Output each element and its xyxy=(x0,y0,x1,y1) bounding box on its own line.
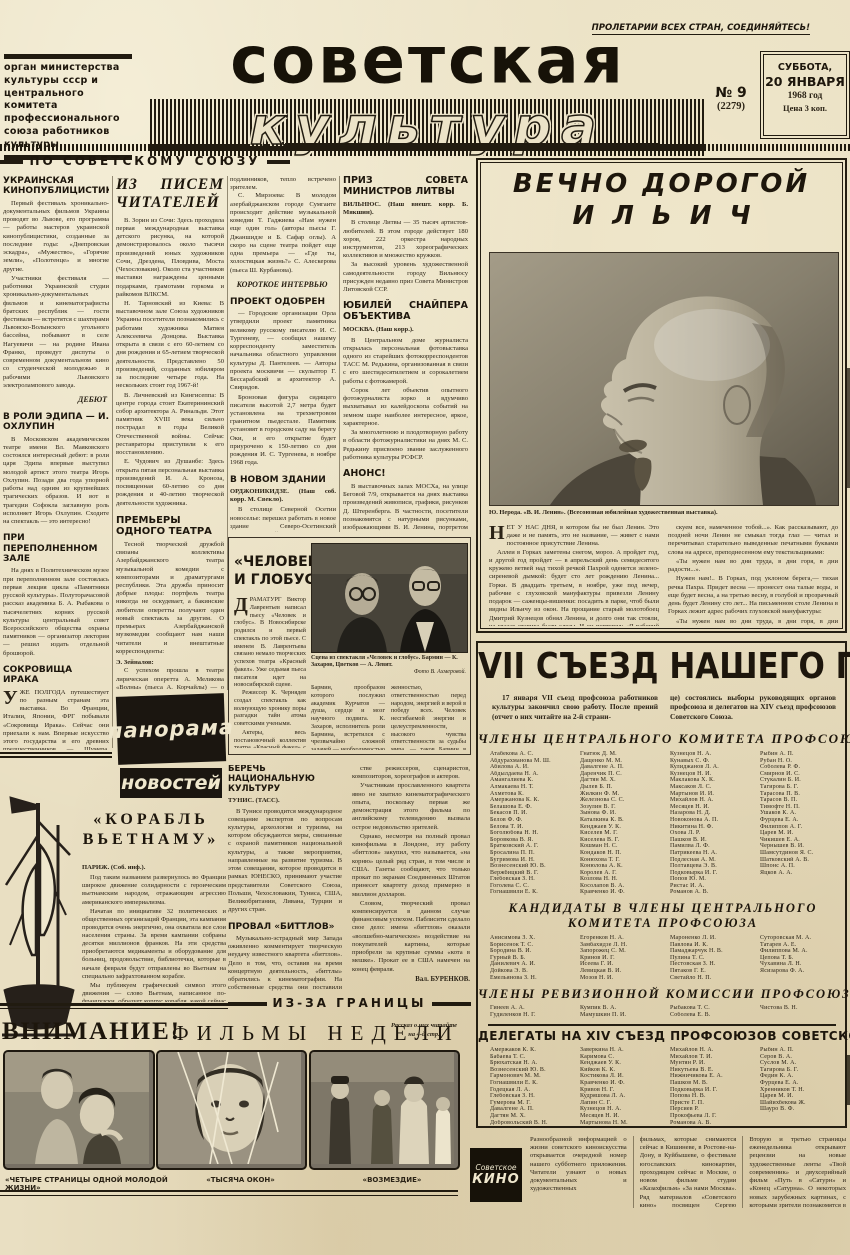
congress-headline: VII СЪЕЗД НАШЕГО ПРОФСОЮЗА xyxy=(478,647,845,686)
signature-burenkov: Вал. БУРЕНКОВ. xyxy=(352,976,470,984)
section-header-text: ПО СОВЕТСКОМУ СОЮЗУ xyxy=(29,155,260,168)
lenin-left-paras: Аллеи в Горках заметены снегом, мороз. А… xyxy=(489,549,659,626)
lenin-article-box: ВЕЧНО ДОРОГОЙ ИЛЬИЧ xyxy=(476,158,847,633)
chelovek-caption-text: Сцена из спектакля «Человек и глобус». Б… xyxy=(311,655,458,668)
headline-proval-bittlov: ПРОВАЛ «БИТТЛОВ» xyxy=(228,922,342,932)
masthead-rule-center xyxy=(285,143,660,151)
article-novom-body: В столице Северной Осетии новоселье: пер… xyxy=(230,506,336,532)
headline-iz-pisem: ИЗ ПИСЕМ ЧИТАТЕЛЕЙ xyxy=(116,176,224,212)
panorama-logo-block1: панорама xyxy=(116,693,226,765)
column-divider xyxy=(339,176,340,532)
article-edip-body: В Московском академическом театре имени … xyxy=(3,436,109,527)
headline-priz-soveta: ПРИЗ СОВЕТА МИНИСТРОВ ЛИТВЫ xyxy=(343,176,468,198)
korabl-body: Под таким названием развернулось во Фран… xyxy=(82,874,226,1002)
proval-left-body: Музыкально-эстрадный мир Запада оживленн… xyxy=(228,935,342,993)
kicker-korotkoe-intervyu: КОРОТКОЕ ИНТЕРВЬЮ xyxy=(230,280,334,290)
headline-premiery: ПРЕМЬЕРЫ ОДНОГО ТЕАТРА xyxy=(116,515,224,538)
revision-col-3: Рыбакова Т. С.Соболева Е. В. xyxy=(670,1005,756,1020)
korabl-top-rule xyxy=(0,752,112,758)
newspaper-page: ПРОЛЕТАРИИ ВСЕХ СТРАН, СОЕДИНЯЙТЕСЬ! орг… xyxy=(0,0,850,1255)
headline-perepolnennom: ПРИ ПЕРЕПОЛНЕННОМ ЗАЛЕ xyxy=(3,533,109,564)
section-header-bar-right xyxy=(267,160,290,164)
masthead-rule-left xyxy=(0,144,285,151)
masthead-rule-right xyxy=(660,144,850,151)
films-top-rule xyxy=(0,1003,228,1009)
column-3: подлинников, тепло встречено зрителем. С… xyxy=(230,176,336,532)
date-day: 20 ЯНВАРЯ xyxy=(764,75,846,89)
article-sokrovishcha-lead: УЖЕ ПОЛГОДА путешествует по разным стран… xyxy=(3,689,109,750)
revision-header: ЧЛЕНЫ РЕВИЗИОННОЙ КОМИССИИ ПРОФСОЮЗА xyxy=(478,987,845,1002)
dateline-ordzhonikidze: ОРДЖОНИКИДЗЕ. (Наш соб. корр. М. Свекло)… xyxy=(230,488,336,504)
revision-col-1: Гинеев А. А.Гудиленков Н. Г. xyxy=(490,1005,576,1020)
column-2: ИЗ ПИСЕМ ЧИТАТЕЛЕЙ В. Зорин из Сочи: Зде… xyxy=(116,176,224,690)
panorama-line2: новостей xyxy=(121,772,221,794)
kicker-debut: ДЕБЮТ xyxy=(3,395,107,405)
members-col-4: Рыбин А. П.Рубан Н. О.Соболева Р. Ф.Смир… xyxy=(760,751,846,897)
members-col-1: Атабекова А. С.Абдурахманова М. Ш.Абилов… xyxy=(490,751,576,897)
dateline-tunis: ТУНИС. (ТАСС). xyxy=(228,797,342,805)
lenin-headline-line1: ВЕЧНО ДОРОГОЙ xyxy=(478,170,845,199)
headline-sokrovishcha: СОКРОВИЩА ИРАКА xyxy=(3,665,109,686)
abroad-divider: ИЗ-ЗА ГРАНИЦЫ xyxy=(228,997,471,1010)
delegates-col-4: Рыбин А. П.Серов В. А.Суслов М. А.Тагиро… xyxy=(760,1047,846,1125)
delegates-header: ДЕЛЕГАТЫ НА XIV СЪЕЗД ПРОФСОЮЗОВ СОВЕТСК… xyxy=(478,1030,845,1043)
newspaper-title-word1: советская xyxy=(150,25,706,97)
delegates-col-2: Заверкина Н. А.Каримова С.Кенджаев У. К.… xyxy=(580,1047,666,1125)
film-caption-3: «ВОЗМЕЗДИЕ» xyxy=(332,1176,452,1184)
lenin-headline-line2: ИЛЬИЧ xyxy=(478,202,845,231)
films-attention: ВНИМАНИЕ! xyxy=(2,1018,181,1046)
play-scene-photo xyxy=(311,543,468,653)
abroad-divider-bar-left xyxy=(228,1002,267,1006)
lenin-right-paras: скуем все, намеченное тобой...». Как рас… xyxy=(668,524,838,626)
candidates-header: КАНДИДАТЫ В ЧЛЕНЫ ЦЕНТРАЛЬНОГО КОМИТЕТА … xyxy=(488,901,838,931)
issue-number-block: № 9 (2279) xyxy=(702,86,760,112)
chelovek-caption: Сцена из спектакля «Человек и глобус». Б… xyxy=(311,655,466,677)
column-4: ПРИЗ СОВЕТА МИНИСТРОВ ЛИТВЫ ВИЛЬНЮС. (На… xyxy=(343,176,468,532)
article-proekt-body: — Городские организации Орла утвердили п… xyxy=(230,310,336,467)
article-yubiley-body: В Центральном доме журналиста открылась … xyxy=(343,337,468,463)
column-divider xyxy=(112,176,113,748)
article-ukrainskaya-body: Первый фестиваль хроникально-документаль… xyxy=(3,200,109,390)
films-note: Рассказ о них читайте на 4-й стр. xyxy=(388,1022,460,1039)
members-header: ЧЛЕНЫ ЦЕНТРАЛЬНОГО КОМИТЕТА ПРОФСОЮЗА xyxy=(478,731,845,747)
korabl-title-line1: «КОРАБЛЬ xyxy=(76,810,226,830)
candidates-col-4: Суторовская М. А.Татарев А. Е.Филиппова … xyxy=(760,935,846,983)
letters-list: В. Зорин из Сочи: Здесь проходила первая… xyxy=(116,217,224,508)
sovkino-divider-1 xyxy=(633,1136,634,1208)
lenin-caption: Ю. Нерода. «В. И. Ленин». (Всесоюзная юб… xyxy=(489,509,837,516)
sovkino-divider-2 xyxy=(742,1136,743,1208)
lenin-photo xyxy=(489,252,839,506)
headline-v-novom-zdanii: В НОВОМ ЗДАНИИ xyxy=(230,475,336,485)
section-header-po-soyuzu: ПО СОВЕТСКОМУ СОЮЗУ xyxy=(0,155,290,168)
congress-rule xyxy=(488,1024,836,1026)
date-weekday: СУББОТА, xyxy=(764,63,846,73)
zeynalov-text: С успехом прошла в театре лирическая опе… xyxy=(116,667,224,690)
sovkino-col-1: Разнообразной информацией о жизни советс… xyxy=(530,1136,627,1208)
dateline-paris: ПАРИЖ. (Соб. инф.). xyxy=(82,864,226,872)
candidates-col-2: Егоренков Н. А.Замбахидзе Л. Н.Запорожец… xyxy=(580,935,666,983)
headline-yubiley-snaipera: ЮБИЛЕЙ СНАЙПЕРА ОБЪЕКТИВА xyxy=(343,301,468,323)
korabl-title: «КОРАБЛЬ ВЬЕТНАМУ» xyxy=(76,810,226,850)
berech-body: В Тунисе проводится международное совеща… xyxy=(228,808,342,915)
panorama-line1: панорама xyxy=(108,715,235,743)
sovkino-logo-bottom: КИНО xyxy=(472,1172,519,1187)
sovkino-text: Разнообразной информацией о жизни советс… xyxy=(530,1136,846,1208)
panorama-logo-block2: новостей xyxy=(120,768,222,798)
headline-anons: АНОНС! xyxy=(343,469,468,480)
abroad-divider-bar-right xyxy=(432,1002,471,1006)
letters-continuation: подлинников, тепло встречено зрителем. xyxy=(230,176,336,192)
letter-mirzoeva: С. Мирзоева: В молодом азербайджанском г… xyxy=(230,192,336,274)
proval-right-body: стве режиссеров, сценаристов, композитор… xyxy=(352,765,470,974)
chelovek-rcol2: женностью, ответственностью перед народо… xyxy=(391,684,466,750)
article-anons-body: В выставочных залах МОСХа, на улице Бего… xyxy=(343,483,468,532)
date-year: 1968 год xyxy=(764,91,846,101)
korabl-article: ПАРИЖ. (Соб. инф.). Под таким названием … xyxy=(82,862,226,1002)
chelovek-i-globus-box: «ЧЕЛОВЕК И ГЛОБУС» ДРАМАТУРГ Виктор Лавр… xyxy=(228,537,471,755)
chelovek-left-paras: Режиссер К. Чернядев создал спектакль ка… xyxy=(234,689,306,748)
films-bottom-rule xyxy=(0,1190,458,1196)
chelovek-left-col: ДРАМАТУРГ Виктор Лаврентьев написал пьес… xyxy=(234,596,306,748)
byline-zeynalov: Э. Зейналов: xyxy=(116,659,224,667)
article-perepolnennom-body: На днях в Политехническом музее при пере… xyxy=(3,567,109,658)
date-box: СУББОТА, 20 ЯНВАРЯ 1968 год Цена 3 коп. xyxy=(763,54,847,136)
lenin-lead: НЕТ У НАС ДНЯ, в котором бы не был Ленин… xyxy=(489,524,659,549)
sovkino-col-2: фильмах, которые снимаются сейчас в Киши… xyxy=(640,1136,737,1208)
premiery-intro: Тесной творческой дружбой связаны коллек… xyxy=(116,541,224,656)
headline-berech: БЕРЕЧЬ НАЦИОНАЛЬНУЮ КУЛЬТУРУ xyxy=(228,765,342,794)
sovkino-logo-top: Советское xyxy=(475,1163,516,1172)
headline-proekt-odobren: ПРОЕКТ ОДОБРЕН xyxy=(230,297,336,307)
revision-col-4: Чистова В. Н. xyxy=(760,1005,846,1020)
berech-column: БЕРЕЧЬ НАЦИОНАЛЬНУЮ КУЛЬТУРУ ТУНИС. (ТАС… xyxy=(228,765,342,993)
proval-right-column: стве режиссеров, сценаристов, композитор… xyxy=(352,765,470,993)
article-priz-body: В столице Литвы — 35 тысяч артистов-люби… xyxy=(343,219,468,294)
members-col-3: Кузнецов Н. А.Кунавых С. Ф.Кулиджанов Л.… xyxy=(670,751,756,897)
sovkino-col-3: Вторую и третью страницы еженедельника о… xyxy=(749,1136,846,1208)
scan-artifact xyxy=(846,368,850,488)
film-still-1 xyxy=(3,1050,155,1170)
lenin-text-right: скуем все, намеченное тобой...». Как рас… xyxy=(668,524,838,626)
column-1: УКРАИНСКАЯ КИНОПУБЛИЦИСТИКА Первый фести… xyxy=(3,176,109,750)
sovkino-logo: Советское КИНО xyxy=(470,1148,522,1202)
scan-artifact xyxy=(845,1055,850,1105)
members-col-2: Гнатюк Д. М.Дащенко М. М.Давалгене А. П.… xyxy=(580,751,666,897)
issue-number-paren: (2279) xyxy=(702,101,760,112)
delegates-col-3: Михайлов Н. А.Михайлов Т. И.Мунтян Р. И.… xyxy=(670,1047,756,1125)
headline-ukrainskaya: УКРАИНСКАЯ КИНОПУБЛИЦИСТИКА xyxy=(3,176,109,197)
congress-intro-right: це) состоялись выборы руководящих органо… xyxy=(670,693,836,721)
headline-edip: В РОЛИ ЭДИПА — И. ОХЛУПИН xyxy=(3,412,109,433)
revision-col-2: Кумпик В. А.Мамушкин П. И. xyxy=(580,1005,666,1020)
chelovek-photo-credit: Фото В. Ахмеровой. xyxy=(311,669,466,676)
abroad-divider-text: ИЗ-ЗА ГРАНИЦЫ xyxy=(273,997,427,1010)
section-header-bar-left xyxy=(0,160,23,164)
chelovek-rcol1: Бармин, прообразом которого послужил ака… xyxy=(311,684,385,750)
issue-number: № 9 xyxy=(702,86,760,101)
price: Цена 3 коп. xyxy=(764,103,846,113)
congress-intro-left: 17 января VII съезд профсоюза работников… xyxy=(492,693,658,721)
dateline-vilnius: ВИЛЬНЮС. (Наш внешт. корр. Б. Мякшин). xyxy=(343,201,468,217)
candidates-col-1: Анисимова З. Х.Борисенок Т. С.Бородина В… xyxy=(490,935,576,983)
film-still-2 xyxy=(156,1050,307,1170)
organ-text: орган министерства культуры ссср и центр… xyxy=(4,62,132,152)
candidates-col-3: Мароненко Л. И.Павлова И. К.Памаджарчук … xyxy=(670,935,756,983)
film-still-3 xyxy=(309,1050,460,1170)
congress-box: VII СЪЕЗД НАШЕГО ПРОФСОЮЗА 17 января VII… xyxy=(476,641,847,1128)
organ-top-bar xyxy=(4,54,132,59)
film-caption-2: «ТЫСЯЧА ОКОН» xyxy=(178,1176,303,1184)
delegates-col-1: Амержаков К. К.Бабаева Т. С.Брюхатская Н… xyxy=(490,1047,576,1125)
korabl-title-line2: ВЬЕТНАМУ» xyxy=(76,830,226,850)
chelovek-lead: ДРАМАТУРГ Виктор Лаврентьев написал пьес… xyxy=(234,596,306,689)
dateline-moskva: МОСКВА. (Наш корр.). xyxy=(343,326,468,334)
lenin-text-left: НЕТ У НАС ДНЯ, в котором бы не был Ленин… xyxy=(489,524,659,626)
